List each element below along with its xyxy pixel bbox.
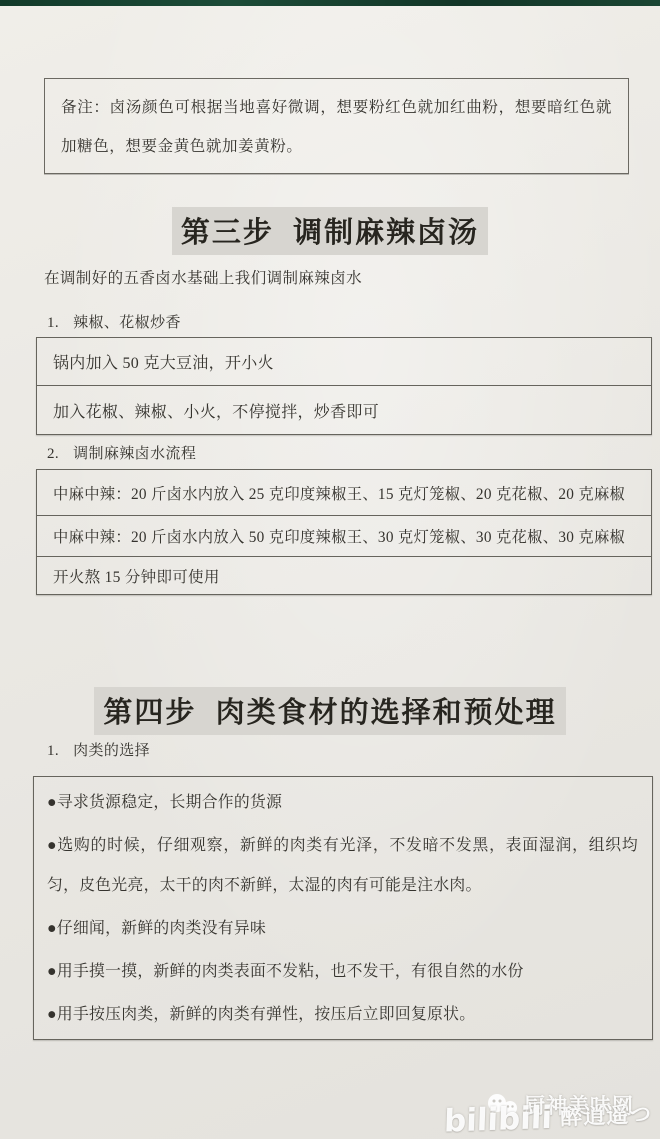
table-row: 中麻中辣：20 斤卤水内放入 25 克印度辣椒王、15 克灯笼椒、20 克花椒、… xyxy=(37,470,651,516)
note-box: 备注：卤汤颜色可根据当地喜好微调，想要粉红色就加红曲粉，想要暗红色就加糖色，想要… xyxy=(44,78,629,174)
note-text: 备注：卤汤颜色可根据当地喜好微调，想要粉红色就加红曲粉，想要暗红色就加糖色，想要… xyxy=(61,99,612,155)
meat-selection-tips-box: ●寻求货源稳定，长期合作的货源 ●选购的时候，仔细观察，新鲜的肉类有光泽，不发暗… xyxy=(33,776,653,1040)
step3-intro: 在调制好的五香卤水基础上我们调制麻辣卤水 xyxy=(44,266,362,288)
watermark-username: 醉逍遥つ xyxy=(559,1099,652,1134)
bullet-item: ●寻求货源稳定，长期合作的货源 xyxy=(47,783,638,823)
list-item-label: 调制麻辣卤水流程 xyxy=(73,446,196,462)
list-item-number: 2. xyxy=(47,446,59,463)
bullet-item: ●选购的时候，仔细观察，新鲜的肉类有光泽，不发暗不发黑，表面湿润，组织均匀，皮色… xyxy=(47,826,638,906)
broth-recipe-table: 中麻中辣：20 斤卤水内放入 25 克印度辣椒王、15 克灯笼椒、20 克花椒、… xyxy=(36,469,652,595)
list-item-number: 1. xyxy=(47,315,59,332)
list-item-meat-selection: 1.肉类的选择 xyxy=(47,739,150,760)
list-item-chili-fry: 1.辣椒、花椒炒香 xyxy=(47,311,181,332)
table-cell: 开火熬 15 分钟即可使用 xyxy=(53,565,220,587)
document-page: 备注：卤汤颜色可根据当地喜好微调，想要粉红色就加红曲粉，想要暗红色就加糖色，想要… xyxy=(0,0,660,1139)
step3-heading: 第三步 调制麻辣卤汤 xyxy=(0,207,660,255)
step4-title: 第四步 肉类食材的选择和预处理 xyxy=(94,687,565,735)
bullet-item: ●用手按压肉类，新鲜的肉类有弹性，按压后立即回复原状。 xyxy=(47,995,638,1035)
table-row: 开火熬 15 分钟即可使用 xyxy=(37,557,651,594)
table-cell: 中麻中辣：20 斤卤水内放入 25 克印度辣椒王、15 克灯笼椒、20 克花椒、… xyxy=(53,482,625,504)
table-row: 中麻中辣：20 斤卤水内放入 50 克印度辣椒王、30 克灯笼椒、30 克花椒、… xyxy=(37,516,651,557)
step3-title: 第三步 调制麻辣卤汤 xyxy=(172,207,488,255)
table-row: 锅内加入 50 克大豆油，开小火 xyxy=(37,338,651,386)
bullet-item: ●仔细闻，新鲜的肉类没有异味 xyxy=(47,909,638,949)
table-cell: 锅内加入 50 克大豆油，开小火 xyxy=(53,350,274,373)
step4-heading: 第四步 肉类食材的选择和预处理 xyxy=(0,687,660,735)
list-item-label: 肉类的选择 xyxy=(73,743,150,759)
bullet-item: ●用手摸一摸，新鲜的肉类表面不发粘，也不发干，有很自然的水份 xyxy=(47,952,638,992)
table-edge-background xyxy=(0,0,660,6)
bilibili-logo: bilibili xyxy=(443,1101,552,1139)
table-cell: 加入花椒、辣椒、小火，不停搅拌，炒香即可 xyxy=(53,399,379,422)
watermark-bilibili: bilibili 醉逍遥つ xyxy=(443,1097,652,1138)
list-item-label: 辣椒、花椒炒香 xyxy=(73,315,181,331)
list-item-number: 1. xyxy=(47,743,59,760)
list-item-broth-process: 2.调制麻辣卤水流程 xyxy=(47,442,196,463)
fry-steps-table: 锅内加入 50 克大豆油，开小火 加入花椒、辣椒、小火，不停搅拌，炒香即可 xyxy=(36,337,652,435)
table-cell: 中麻中辣：20 斤卤水内放入 50 克印度辣椒王、30 克灯笼椒、30 克花椒、… xyxy=(53,525,625,547)
table-row: 加入花椒、辣椒、小火，不停搅拌，炒香即可 xyxy=(37,386,651,434)
